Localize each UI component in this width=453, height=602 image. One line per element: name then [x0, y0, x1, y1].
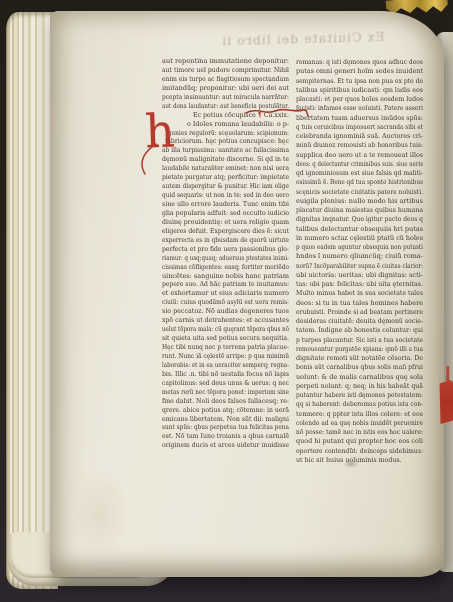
text-line: ubi uictoria: ueritas: ubi dignitas: sct… — [296, 271, 423, 280]
text-line: xpõ carnis ut detrahentes: et accusantes — [162, 317, 289, 326]
text-line: autem dispergitur & punitur. Hic iam eli… — [162, 183, 289, 192]
text-line: glia popularis adfuit: sed occulto iudic… — [162, 210, 289, 219]
text-line: dignitas inqnatur. Quo igitur pacto deos… — [296, 215, 423, 224]
text-line: uelut tẽpora mala: cũ quęrant tẽpora qbu… — [162, 326, 289, 335]
text-line: uolunt: & de malis carnalibus quę sola — [296, 373, 423, 382]
text-line: genies regulorũ: scęuolarum: scipionum: — [162, 130, 289, 139]
text-line: experrecta es in qbusdam de quorũ uirtut… — [162, 237, 289, 246]
text-line: runt. Nunc iã cęlestẽ arripe: p qua mini… — [162, 353, 289, 362]
text-line: nõ posse: tamẽ nec in istis eos hoc uale… — [296, 428, 423, 437]
text-line: eligeres defuit. Expergiscere dies ẽ: si… — [162, 228, 289, 237]
text-line: et exhortamur ut eius adiciaris numero — [162, 290, 289, 299]
text-line: qd ignominiosum est siue falsis qd malit… — [296, 169, 423, 178]
text-line: ab illa turpissima: uanitate ac fallacis… — [162, 147, 289, 156]
text-line: colendo ad ea quę nobis inuidẽt peruenir… — [296, 419, 423, 428]
text-line: placasti: et per quos hoĩes eosdem ludos — [296, 95, 423, 104]
text-line: desideras ciuitatẽ: deuita dęmonũ socie- — [296, 317, 423, 326]
text-line: Hęc tibi nunq nec p terrena patria placu… — [162, 344, 289, 353]
text-line: pepere suo. Ad hãc patriam te inuitamus: — [162, 281, 289, 290]
text-line: laudabile naturaliter eminet: non nisi u… — [162, 165, 289, 174]
text-line: ut hic sit huius uoluminis modus. — [296, 456, 423, 465]
text-line: norũ? Incõparabiliter supna ẽ ciuitas cl… — [296, 262, 423, 271]
text-line: diuinę prouidentię: et uera religio quam — [162, 219, 289, 228]
text-line: enim eis turpe ac flagitiosum spectandum — [162, 76, 289, 85]
text-line: emicans libertatem. Non sũt dii: maligni — [162, 416, 289, 425]
text-line: oportere contendũt: deinceps uidebimus: — [296, 447, 423, 456]
text-line: deos: si tu in tua tales homines habere — [296, 299, 423, 308]
text-line: pcepta insinuantur: aut miracula narrãtu… — [162, 94, 289, 103]
text-line: supplica deo uero ut a te remoueat illos — [296, 151, 423, 160]
text-line: tas: ubi pax: felicitas: ubi uita ęterni… — [296, 280, 423, 289]
text-line: qq si haberent: deberemus potius ista co… — [296, 400, 423, 409]
text-line: scęnicis societate ciuitatis patere nolu… — [296, 188, 423, 197]
text-line: est. Nõ tam Iuno troianis a qbus carnalẽ — [162, 433, 289, 442]
text-line: dignitate remoti sũt notatõe cẽsoria. De — [296, 354, 423, 363]
text-line: pietate purgatur atq; perficitur: impiet… — [162, 174, 289, 183]
text-line: minũ diuinoz remouisti ab honoribus tuis… — [296, 141, 423, 150]
text-line: sit quieta uita sed potius secura nequit… — [162, 335, 289, 344]
text-line: bonis aũt carnalibus qbus solis mali pfr… — [296, 363, 423, 372]
text-line: perpeti nolunt: q; neq; in his habeãt qu… — [296, 382, 423, 391]
text-line: putas omni generi hoĩm sedes inuident — [296, 67, 423, 76]
text-line: quod hi putant qui propter hoc eos coli — [296, 437, 423, 446]
red-flourish-mark — [245, 104, 309, 118]
text-line: temnere: q ppter ista illos colere: et e… — [296, 410, 423, 419]
text-line: fecisti: infames esse uoluisti. Patere a… — [296, 104, 423, 113]
text-line: qrere. abice potius atq; cõtemne: in uer… — [162, 407, 289, 416]
text-line: metas rerũ nec tẽpora ponet: imperium si… — [162, 389, 289, 398]
text-line: ciuiũ: cuius quodãmõ asylũ est uera remi… — [162, 299, 289, 308]
text-line: talibus delectantur obsequiis hri putas — [296, 225, 423, 234]
text-line: bis. Illic .n. tibi nõ uestalis focus nõ… — [162, 371, 289, 380]
text-line: uincẽtes: sanguine nobis hanc patriam — [162, 273, 289, 282]
text-line: imitandũq; proponitur: ubi ueri dei aut — [162, 85, 289, 94]
text-line: Multo minus habet in sua societate tales — [296, 289, 423, 298]
text-line: p quos eadem aguntur obsequia non putast… — [296, 243, 423, 252]
text-line: celebranda ignominiã suã. Auctores cri- — [296, 132, 423, 141]
text-column-right: romanas: q isti dęmones quos adhuc deosp… — [296, 58, 423, 465]
text-line: libertatem tuam aduersus imũdos spũs: — [296, 114, 423, 123]
text-line: sio peccatoz. Nõ audias degeneres tuos — [162, 308, 289, 317]
text-line: romanas: q isti dęmones quos adhuc deos — [296, 58, 423, 67]
text-line: p turpes placantur. Sic isti a tua socie… — [296, 336, 423, 345]
text-line: erubuisti. Proinde si ad beatam pertiner… — [296, 308, 423, 317]
text-line: sine ullo errore lauderis. Tunc enim tib… — [162, 201, 289, 210]
text-line: putantur habere isti dęmones potestatem: — [296, 391, 423, 400]
initial-flourish — [136, 142, 160, 176]
text-line: osissimũ ẽ. Bene qd tua sponte histrioni… — [296, 178, 423, 187]
text-line: capitolinus: sed deus unus & uerus: q ne… — [162, 380, 289, 389]
text-line: fine dabit. Noli deos falsos fallacesq; … — [162, 398, 289, 407]
text-line: placatur diuina maiestas quibus humana — [296, 206, 423, 215]
text-line: tatem. Indigne ab honestis coluntur: qui — [296, 326, 423, 335]
text-line: fabriciorum. hęc potius concupisce: hęc — [162, 138, 289, 147]
text-line: originem ducis et arces uidetur inuidiss… — [162, 442, 289, 451]
text-line: quid sequaris: ut non in te: sed in deo … — [162, 192, 289, 201]
text-line: remoueantur purgatõe xpiana: qmõ illi a … — [296, 345, 423, 354]
text-line: sunt spũs: qbus perpetua tua felicitas p… — [162, 424, 289, 433]
text-line: perfecta et pro fide uera passionibus gl… — [162, 246, 289, 255]
text-line: sempiternas. Et tu ipsa non pua ex pte d… — [296, 77, 423, 86]
text-line: q tuis ceruicibus imposuert sacranda sib… — [296, 123, 423, 132]
book-photograph: Ex Ciuitate dei libro ii aut repentina i… — [0, 0, 453, 602]
text-line: in numero sctaz cęlestiũ ptatũ cũ hoĩes — [296, 234, 423, 243]
text-line: dęmonũ malignitate discerne. Si qd in te — [162, 156, 289, 165]
text-line: euigila plenius: nullo modo his artibus — [296, 197, 423, 206]
ink-smudge — [343, 460, 359, 468]
paper-stain — [70, 470, 130, 560]
text-line: talibus spiritibus iudicasti: qm ludis e… — [296, 86, 423, 95]
text-line: laborabis: et in ea ueraciter semperq; r… — [162, 362, 289, 371]
text-line: cissimas cõfligentes: easq; fortiter mor… — [162, 264, 289, 273]
text-line: aut timore uel pudore comprimitur. Nihil — [162, 67, 289, 76]
text-line: o Idoles romana laudabilis: o p- — [162, 121, 289, 130]
text-line: hndos ĩ numero qliumcũq; ciuiũ roma- — [296, 252, 423, 261]
text-line: deos: q delectantur criminibus suis. siu… — [296, 160, 423, 169]
text-line: aut repentina immutatione deponitur: — [162, 58, 289, 67]
text-line: riamur: q usq;quaq; aduersus ptestates i… — [162, 255, 289, 264]
